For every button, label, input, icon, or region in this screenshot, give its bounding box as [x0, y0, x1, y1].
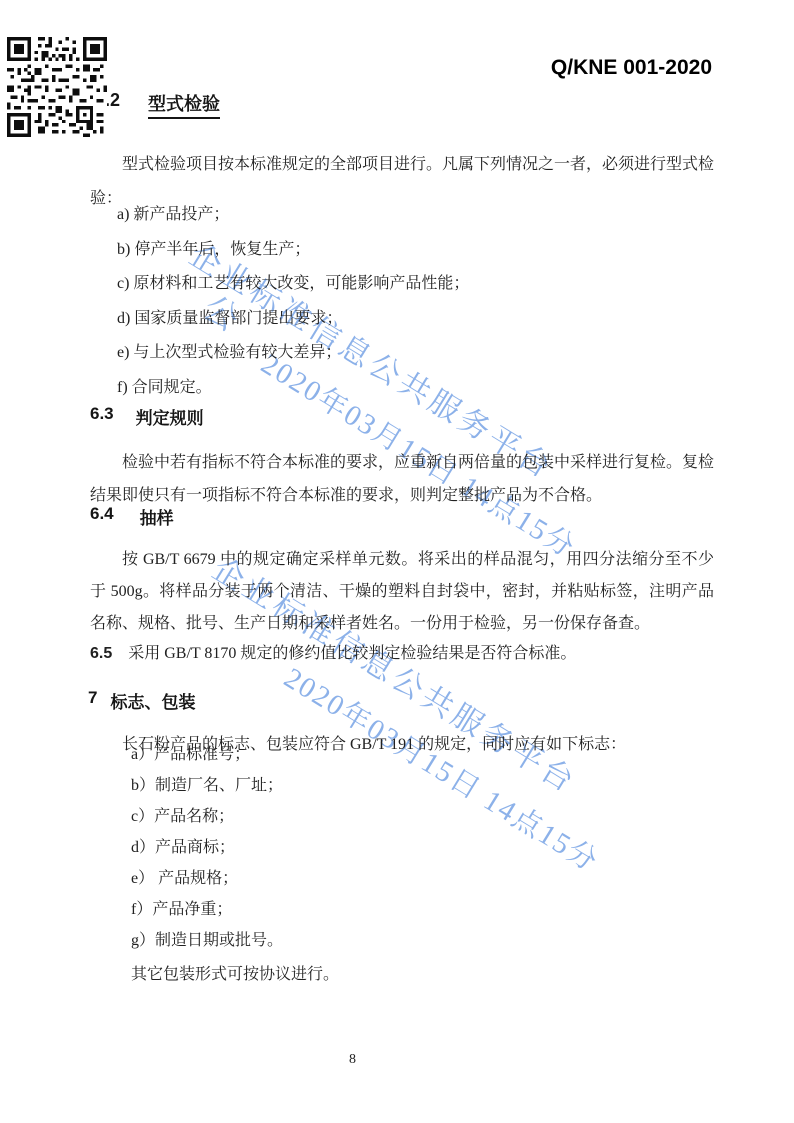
list-item: e) 与上次型式检验有较大差异；	[117, 342, 469, 364]
type-inspection-condition-list: a) 新产品投产； b) 停产半年后，恢复生产； c) 原材料和工艺有较大改变，…	[117, 204, 469, 411]
section-6-4-heading: 6.4 抽样	[90, 504, 174, 529]
section-7-heading: 7 标志、包装	[88, 688, 195, 713]
section-6-3-title: 判定规则	[136, 404, 204, 429]
qr-code-icon	[7, 36, 107, 138]
packaging-note: 其它包装形式可按协议进行。	[131, 961, 339, 984]
list-item: c）产品名称；	[131, 806, 283, 828]
section-6-2-title: 型式检验	[148, 90, 220, 119]
section-6-4-title: 抽样	[140, 504, 174, 529]
list-item: g）制造日期或批号。	[131, 930, 283, 952]
list-item: e） 产品规格；	[131, 868, 283, 890]
section-6-3-body-paragraph: 检验中若有指标不符合本标准的要求，应重新自两倍量的包装中采样进行复检。复检结果即…	[90, 446, 714, 512]
list-item: d）产品商标；	[131, 837, 283, 859]
list-item: b）制造厂名、厂址；	[131, 775, 283, 797]
section-6-5-number: 6.5	[90, 645, 112, 662]
section-6-5-text: 采用 GB/T 8170 规定的修约值比较判定检验结果是否符合标准。	[128, 645, 576, 662]
list-item: c) 原材料和工艺有较大改变，可能影响产品性能；	[117, 273, 469, 295]
section-6-5-clause: 6.5 采用 GB/T 8170 规定的修约值比较判定检验结果是否符合标准。	[90, 640, 576, 663]
list-item: f）产品净重；	[131, 899, 283, 921]
section-6-4-body-paragraph: 按 GB/T 6679 中的规定确定采样单元数。将采出的样品混匀，用四分法缩分至…	[90, 544, 714, 640]
marking-requirement-list: a）产品标准号； b）制造厂名、厂址； c）产品名称； d）产品商标； e） 产…	[131, 744, 283, 961]
section-6-3-number: 6.3	[90, 404, 114, 429]
document-code: Q/KNE 001-2020	[551, 56, 712, 80]
section-6-3-heading: 6.3 判定规则	[90, 404, 204, 429]
section-6-4-number: 6.4	[90, 504, 114, 529]
list-item: f) 合同规定。	[117, 377, 469, 399]
list-item: d) 国家质量监督部门提出要求；	[117, 308, 469, 330]
watermark-datetime-text: 2020年03月15日 14点15分	[277, 656, 607, 880]
section-7-number: 7	[88, 688, 97, 713]
list-item: a）产品标准号；	[131, 744, 283, 766]
list-item: b) 停产半年后，恢复生产；	[117, 239, 469, 261]
section-6-2-heading: 6.2 型式检验	[95, 90, 220, 119]
list-item: a) 新产品投产；	[117, 204, 469, 226]
page-number: 8	[349, 1052, 356, 1068]
section-7-title: 标志、包装	[110, 688, 195, 713]
document-page: 企业标准信息公共服务平台 2020年03月15日 14点15分 企业标准信息公共…	[0, 0, 794, 1123]
